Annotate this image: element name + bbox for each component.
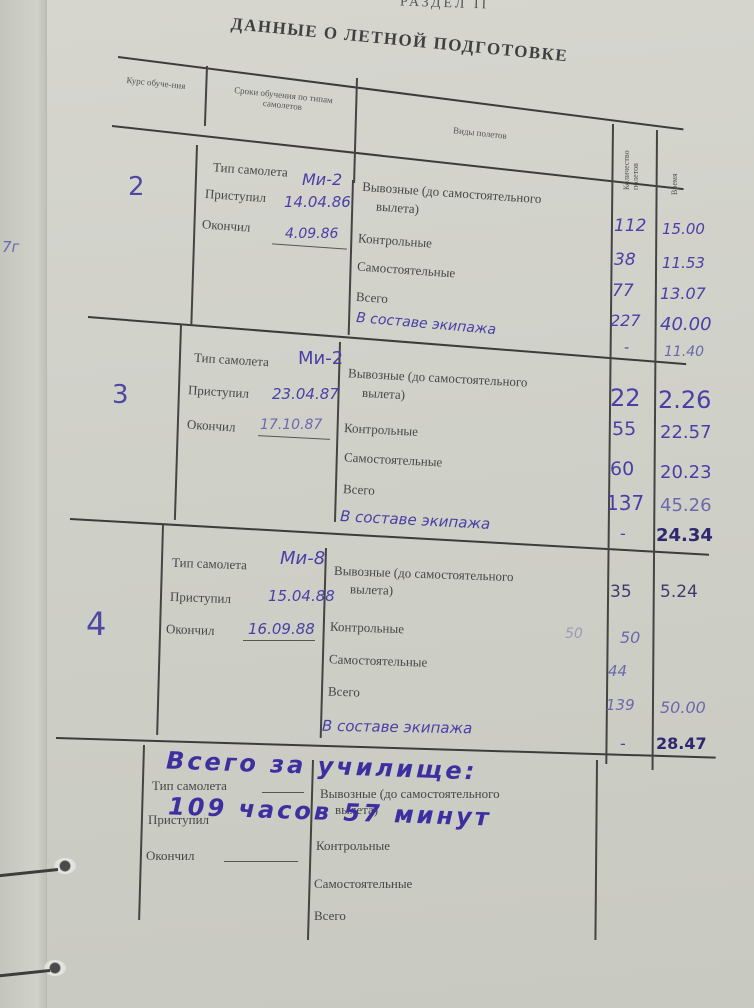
dual-count: 35 [610, 582, 632, 602]
column-divider [138, 745, 144, 920]
label-solo: Самостоятельные [329, 651, 428, 670]
column-divider [594, 760, 597, 940]
crew-label: В составе экипажа [340, 507, 491, 533]
course-number: 4 [86, 605, 106, 643]
crew-time: 28.47 [656, 734, 707, 753]
started-value: 14.04.86 [284, 193, 351, 211]
solo-count: 44 [608, 662, 627, 680]
header-course: Курс обуче-ния [116, 74, 197, 92]
finished-underline [258, 435, 330, 440]
check-time: 11.53 [662, 254, 705, 272]
label-dual-cont: вылета) [362, 385, 406, 403]
page-title: ДАННЫЕ О ЛЕТНОЙ ПОДГОТОВКЕ [230, 14, 569, 66]
column-divider [190, 145, 197, 325]
label-total: Всего [355, 289, 388, 307]
course-number: 2 [128, 172, 145, 202]
label-aircraft-type: Тип самолета [172, 555, 247, 574]
dual-count: 22 [610, 384, 641, 412]
dual-time: 2.26 [658, 386, 711, 414]
label-aircraft-type: Тип самолета [194, 350, 270, 371]
binding-edge [0, 0, 47, 1008]
label-finished: Окончил [187, 417, 236, 436]
total-count: 137 [606, 491, 644, 515]
solo-count: 60 [610, 458, 634, 480]
total-time: 45.26 [660, 495, 712, 516]
crew-time: 24.34 [656, 525, 713, 546]
started-value: 15.04.88 [268, 587, 335, 605]
check-time: 22.57 [660, 422, 712, 443]
crew-count: - [620, 734, 626, 753]
binding-hole [54, 858, 76, 874]
check-count: 50 [620, 628, 640, 647]
aircraft-value: Ми-2 [302, 170, 342, 189]
finished-underline [272, 243, 347, 249]
label-total: Всего [343, 481, 376, 499]
label-finished: Окончил [166, 621, 215, 639]
finished-value: 16.09.88 [248, 620, 315, 638]
pencil-note: 50 [565, 626, 583, 642]
crew-label: В составе экипажа [356, 310, 497, 338]
column-divider [156, 525, 163, 735]
label-finished: Окончил [146, 848, 194, 864]
aircraft-value: Ми-8 [280, 548, 325, 569]
label-solo: Самостоятельные [357, 259, 456, 282]
label-started: Приступил [170, 589, 232, 607]
label-check: Контрольные [330, 619, 405, 638]
dual-time: 5.24 [660, 582, 698, 602]
crew-time: 11.40 [664, 344, 704, 360]
solo-count: 77 [612, 281, 634, 301]
total-time: 40.00 [660, 314, 712, 335]
header-flight-types: Виды полетов [410, 121, 550, 146]
header-count: Количество полетов [622, 140, 648, 190]
finished-underline [224, 861, 298, 862]
solo-time: 13.07 [660, 284, 706, 303]
label-solo: Самостоятельные [314, 876, 412, 892]
total-count: 227 [610, 311, 641, 330]
solo-time: 20.23 [660, 462, 712, 483]
column-divider [174, 325, 182, 520]
column-divider [307, 760, 314, 940]
label-finished: Окончил [202, 216, 251, 235]
check-count: 55 [612, 418, 636, 440]
check-count: 38 [614, 250, 636, 270]
column-divider [353, 78, 357, 183]
document-page: 7г РАЗДЕЛ II ДАННЫЕ О ЛЕТНОЙ ПОДГОТОВКЕ … [0, 0, 754, 1008]
label-total: Всего [314, 908, 346, 924]
finished-value: 4.09.86 [285, 226, 338, 242]
finished-underline [243, 640, 315, 641]
label-solo: Самостоятельные [344, 449, 443, 470]
dual-time: 15.00 [662, 220, 705, 238]
label-check: Контрольные [344, 420, 419, 440]
dual-count: 112 [614, 216, 646, 236]
course-number: 3 [112, 380, 129, 410]
header-time: Время [670, 165, 679, 195]
column-divider [204, 66, 208, 126]
column-divider [652, 130, 658, 770]
aircraft-value: Ми-2 [298, 348, 343, 369]
crew-count: - [624, 340, 629, 356]
section-label: РАЗДЕЛ II [400, 0, 490, 14]
header-periods: Сроки обучения по типам самолетов [217, 83, 348, 116]
total-count: 139 [606, 696, 635, 714]
column-divider [320, 548, 327, 738]
binding-hole [44, 960, 66, 976]
label-check: Контрольные [316, 838, 390, 854]
label-check: Контрольные [358, 230, 433, 251]
label-started: Приступил [188, 382, 250, 402]
label-aircraft-type: Тип самолета [152, 778, 227, 794]
table-top-border [118, 56, 684, 130]
finished-value: 17.10.87 [260, 417, 322, 433]
crew-label: В составе экипажа [322, 717, 473, 738]
label-aircraft-type: Тип самолета [213, 159, 289, 180]
margin-note: 7г [2, 238, 19, 256]
started-value: 23.04.87 [272, 385, 339, 403]
total-time: 50.00 [660, 698, 706, 717]
label-dual-cont: вылета) [350, 581, 394, 598]
label-started: Приступил [205, 186, 267, 206]
label-dual-cont: вылета) [375, 199, 419, 218]
label-total: Всего [328, 683, 360, 700]
aircraft-underline [262, 792, 304, 793]
crew-count: - [620, 524, 626, 543]
